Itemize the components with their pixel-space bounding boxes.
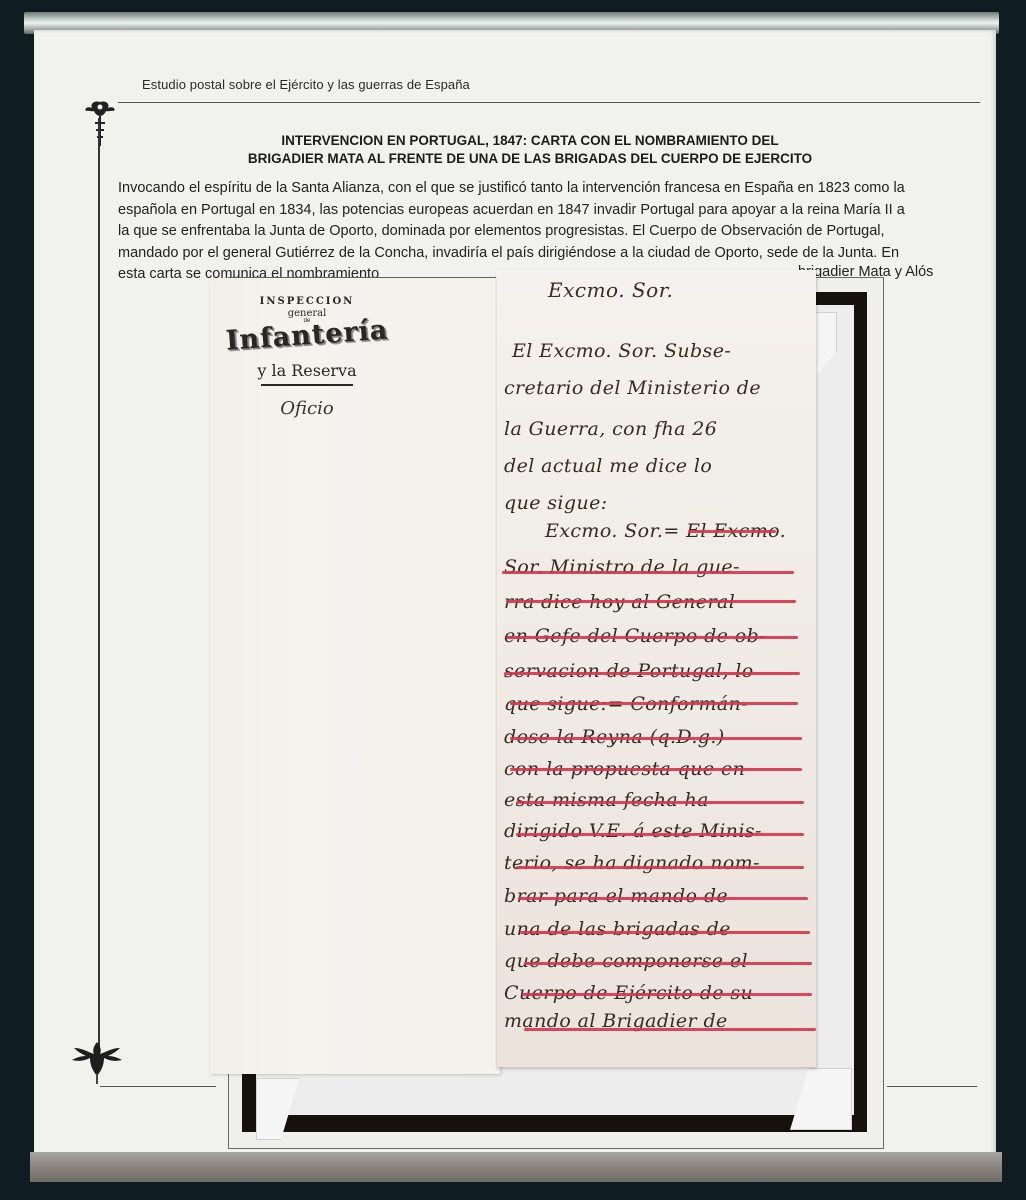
paragraph-line: española en Portugal en 1834, las potenc… [118,200,980,222]
paragraph-line: la que se enfrentaba la Junta de Oporto,… [118,221,980,243]
letter-fold [496,278,497,1068]
footer-rule-left [100,1086,216,1087]
red-underline [510,702,798,705]
paragraph-line: mandado por el general Gutiérrez de la C… [118,243,980,265]
handwritten-line: Sor. Ministro de la gue- [504,556,814,578]
red-underline [516,833,804,836]
handwritten-line: brar para el mando de [504,885,814,907]
red-underline [506,600,796,603]
handwritten-line: que sigue: [504,492,814,514]
handwritten-line: una de las brigadas de [504,918,814,940]
letterhead-rule [261,384,353,386]
letterhead-sub: y la Reserva [222,361,392,380]
protective-sleeve-bottom [30,1152,1002,1182]
handwritten-line: servacion de Portugal, lo [504,660,814,682]
red-underline [522,993,812,996]
left-border-vine [98,118,100,1058]
red-underline [518,897,808,900]
red-underline [504,672,800,675]
handwritten-line: El Excmo. Sor. Subse- [512,340,822,362]
title-line: INTERVENCION EN PORTUGAL, 1847: CARTA CO… [160,132,900,150]
page-title: INTERVENCION EN PORTUGAL, 1847: CARTA CO… [160,132,900,168]
header-rule [118,102,980,103]
red-underline [688,530,776,533]
ornament-bottom-icon [64,1038,130,1084]
handwritten-line: la Guerra, con fha 26 [504,418,814,440]
handwritten-line: dirigido V.E. á este Minis- [504,820,814,842]
letterhead-stamp: INSPECCION general de Infantería y la Re… [222,296,392,419]
title-line: BRIGADIER MATA AL FRENTE DE UNA DE LAS B… [160,150,900,168]
red-underline [506,636,798,639]
handwritten-line: del actual me dice lo [504,455,814,477]
red-underline [510,768,802,771]
footer-rule-right [887,1086,977,1087]
letterhead-arc: INSPECCION [222,296,392,307]
red-underline [516,866,804,869]
red-underline [510,737,802,740]
paragraph-line: Invocando el espíritu de la Santa Alianz… [118,178,980,200]
red-underline [502,571,794,574]
running-head: Estudio postal sobre el Ejército y las g… [142,77,470,92]
red-underline [520,931,810,934]
letter-salutation: Excmo. Sor. [548,278,673,302]
handwritten-line: esta misma fecha ha [504,789,814,811]
ornament-top-icon [80,98,120,146]
red-underline [516,801,804,804]
handwritten-line: que debe componerse el [504,950,814,972]
handwritten-line: terio, se ha dignado nom- [504,852,814,874]
handwritten-line: cretario del Ministerio de [504,377,814,399]
red-underline [524,962,812,965]
letterhead-signature: Oficio [222,398,392,419]
red-underline [524,1028,816,1031]
